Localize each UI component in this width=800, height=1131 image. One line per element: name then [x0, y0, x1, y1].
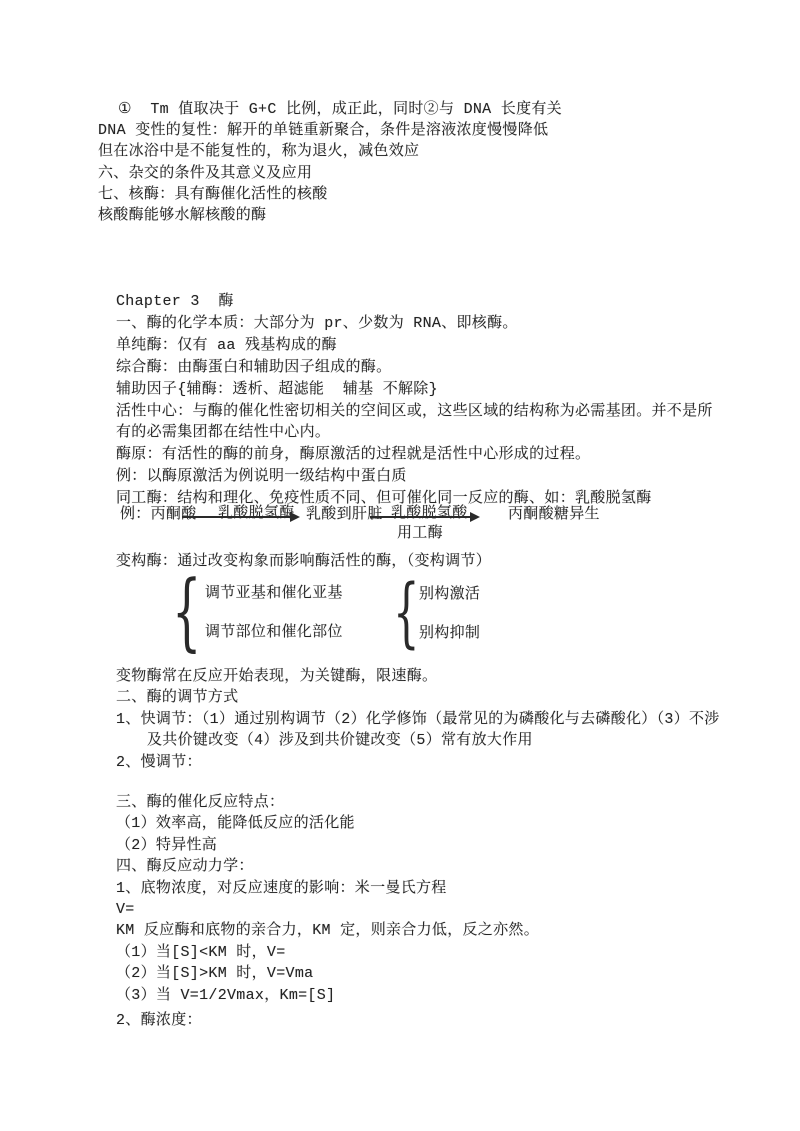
scanned-notes-page: ① Tm 值取决于 G+C 比例，成正此，同时②与 DNA 长度有关 DNA 变… [0, 0, 800, 1131]
brace-item: 别构抑制 [419, 621, 480, 642]
text-line: 七、核酶：具有酶催化活性的核酸 [98, 184, 562, 205]
reaction-enzyme1-label: 乳酸脱氢酶 [218, 501, 295, 522]
text-line: 1、快调节：（1）通过别构调节（2）化学修饰（最常见的为磷酸化与去磷酸化）（3）… [116, 709, 720, 730]
text-line: 综合酶：由酶蛋白和辅助因子组成的酶。 [116, 357, 713, 379]
text-line: 四、酶反应动力学： [116, 856, 539, 877]
text-line: 单纯酶：仅有 aa 残基构成的酶 [116, 335, 713, 357]
text-line: 活性中心：与酶的催化性密切相关的空间区或，这些区域的结构称为必需基团。并不是所 [116, 401, 713, 423]
reaction-enzyme2-sub-label: 用工酶 [397, 521, 443, 542]
text-line: 但在冰浴中是不能复性的，称为退火，减色效应 [98, 141, 562, 162]
brace-item: 别构激活 [419, 582, 480, 603]
text-line: 2、酶浓度： [116, 1010, 539, 1031]
text-line: 一、酶的化学本质：大部分为 pr、少数为 RNA、即核酶。 [116, 313, 713, 335]
right-arrow-icon [290, 512, 300, 522]
text-line: DNA 变性的复性：解开的单链重新聚合，条件是溶液浓度慢慢降低 [98, 120, 562, 141]
text-line: 1、底物浓度，对反应速度的影响：米一曼氏方程 [116, 878, 539, 899]
text-line: ① Tm 值取决于 G+C 比例，成正此，同时②与 DNA 长度有关 [98, 99, 562, 120]
text-line: 二、酶的调节方式 [116, 687, 720, 708]
reaction-enzyme2-label: 乳酸脱氢酸 [391, 501, 468, 522]
text-line: 例：以酶原激活为例说明一级结构中蛋白质 [116, 466, 713, 488]
text-line: （1）当[S]<KM 时，V= [116, 942, 539, 963]
right-arrow-icon [470, 512, 480, 522]
left-brace-glyph: { [172, 577, 201, 645]
text-line: 2、慢调节： [116, 752, 720, 773]
chapter3-enzyme-block: Chapter 3 酶 一、酶的化学本质：大部分为 pr、少数为 RNA、即核酶… [116, 291, 713, 510]
reaction-end-label: 丙酮酸糖异生 [508, 502, 600, 523]
text-line: （1）效率高，能降低反应的活化能 [116, 813, 539, 834]
text-line: 酶原：有活性的酶的前身，酶原激活的过程就是活性中心形成的过程。 [116, 444, 713, 466]
enzyme-regulation-block: 变物酶常在反应开始表现，为关键酶，限速酶。 二、酶的调节方式 1、快调节：（1）… [116, 666, 720, 773]
chapter-title: Chapter 3 酶 [116, 291, 713, 313]
text-line: 及共价键改变（4）涉及到共价键改变（5）常有放大作用 [116, 730, 720, 751]
enzyme-kinetics-block: 三、酶的催化反应特点： （1）效率高，能降低反应的活化能 （2）特异性高 四、酶… [116, 792, 539, 1031]
right-arrow-icon [182, 516, 290, 518]
reaction-intermediate-label: 乳酸到肝脏 [306, 502, 383, 523]
right-arrow-icon [370, 516, 470, 518]
dna-denaturation-block: ① Tm 值取决于 G+C 比例，成正此，同时②与 DNA 长度有关 DNA 变… [98, 99, 562, 226]
text-line: V= [116, 899, 539, 920]
brace-item: 调节亚基和催化亚基 [205, 581, 343, 602]
right-brace-glyph: { [393, 581, 420, 643]
text-line: KM 反应酶和底物的亲合力，KM 定，则亲合力低，反之亦然。 [116, 920, 539, 941]
text-line: 核酸酶能够水解核酸的酶 [98, 205, 562, 226]
text-line: 辅助因子{辅酶：透析、超滤能 辅基 不解除} [116, 379, 713, 401]
brace-item: 调节部位和催化部位 [205, 620, 343, 641]
reaction-start-label: 例：丙酮酸 [120, 502, 197, 523]
text-line: 有的必需集团都在结性中心内。 [116, 422, 713, 444]
text-line: 六、杂交的条件及其意义及应用 [98, 163, 562, 184]
text-line: 变物酶常在反应开始表现，为关键酶，限速酶。 [116, 666, 720, 687]
text-line: （3）当 V=1/2Vmax，Km=[S] [116, 985, 539, 1006]
text-line: 三、酶的催化反应特点： [116, 792, 539, 813]
text-line: （2）当[S]>KM 时，V=Vma [116, 963, 539, 984]
text-line: （2）特异性高 [116, 835, 539, 856]
